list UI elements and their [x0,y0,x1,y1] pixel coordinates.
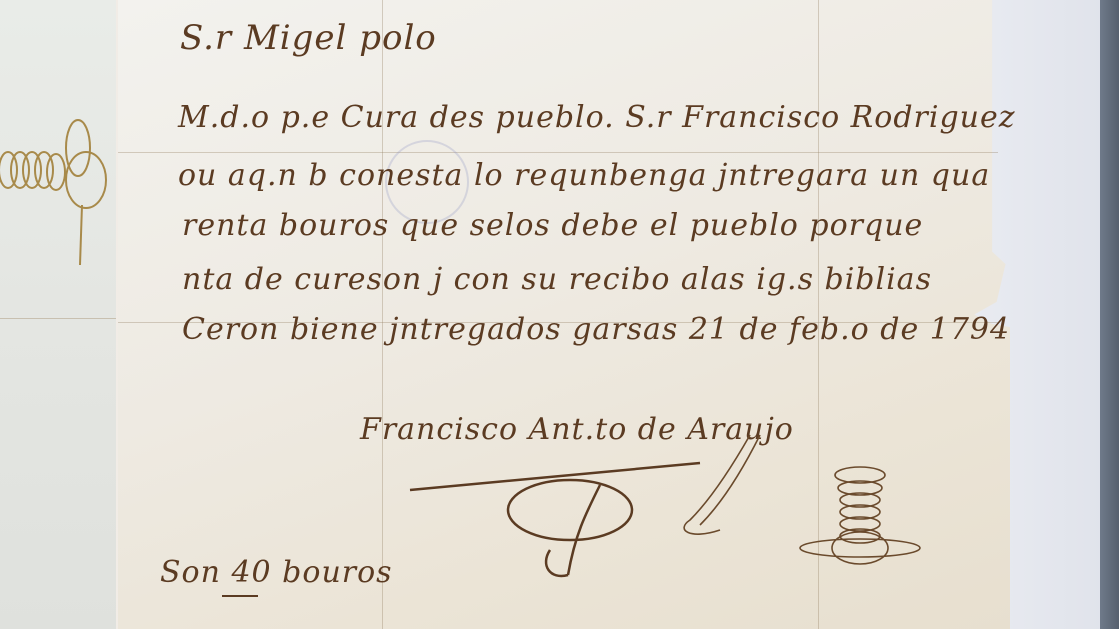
body-line-1: M.d.o p.e Cura des pueblo. S.r Francisco… [178,100,1016,135]
footer-amount-note: Son 40 bouros [160,555,393,590]
body-line-4: nta de cureson j con su recibo alas ig.s… [182,262,932,297]
body-line-2: ou aq.n b conesta lo requnbenga jntregar… [178,158,990,193]
body-line-3: renta bouros que selos debe el pueblo po… [182,208,923,243]
heading-line: S.r Migel polo [180,18,437,58]
fold-line [0,318,118,319]
left-adjacent-page [0,0,119,629]
rubric-spiral-icon [660,430,930,580]
fold-line [118,152,998,153]
amount-underline [222,595,258,597]
body-line-5: Ceron biene jntregados garsas 21 de feb.… [182,312,1010,347]
right-edge-board [1100,0,1119,629]
rubric-flourish-icon [0,110,115,270]
